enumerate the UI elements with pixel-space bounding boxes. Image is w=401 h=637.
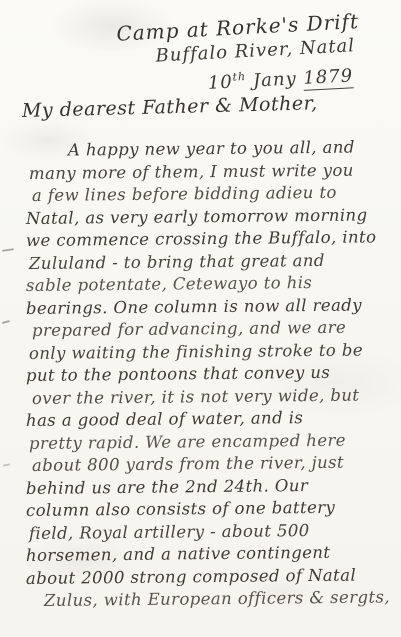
date-month: Jany <box>246 68 304 92</box>
date-ordinal: th <box>232 70 246 84</box>
margin-smudge <box>2 320 10 324</box>
letter-body-line: about 800 yards from the river, just <box>32 451 391 477</box>
letter-body-line: horsemen, and a native contingent <box>26 541 391 567</box>
letter-heading: Camp at Rorke's Drift Buffalo River, Nat… <box>0 0 401 88</box>
letter-body-line: column also consists of one battery <box>26 496 391 522</box>
letter-body-line: A happy new year to you all, and <box>26 136 391 162</box>
margin-smudge <box>3 463 10 466</box>
letter-body-line: we commence crossing the Buffalo, into <box>26 226 391 252</box>
date-year: 1879 <box>303 65 354 91</box>
letter-body-line: sable potentate, Cetewayo to his <box>26 271 391 297</box>
letter-page: Camp at Rorke's Drift Buffalo River, Nat… <box>0 0 401 637</box>
letter-body-line: put to the pontoons that convey us <box>26 361 391 387</box>
date-day: 10 <box>207 72 233 94</box>
letter-body: A happy new year to you all, andmany mor… <box>26 140 391 613</box>
letter-body-line: Zulus, with European officers & sergts, <box>44 586 391 612</box>
letter-body-line: has a good deal of water, and is <box>26 406 391 432</box>
letter-body-line: a few lines before bidding adieu to <box>32 181 391 207</box>
letter-body-line: prepared for advancing, and we are <box>32 316 391 342</box>
margin-smudge <box>2 248 14 252</box>
